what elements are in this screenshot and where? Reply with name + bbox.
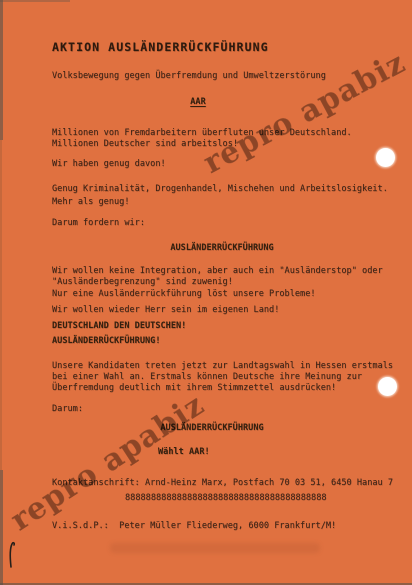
scan-edge-left-bottom [0, 470, 3, 585]
subtitle: Volksbewegung gegen Überfremdung und Umw… [52, 71, 326, 82]
own-land-line: Wir wollen wieder Herr sein im eigenen L… [52, 305, 279, 316]
scanned-leaflet-page: AKTION AUSLÄNDERRÜCKFÜHRUNG Volksbewegun… [0, 0, 412, 585]
enough-line: Wir haben genug davon! [52, 159, 166, 170]
therefore-line: Darum: [52, 404, 83, 415]
problems-line-1: Genug Kriminalität, Drogenhandel, Mische… [52, 184, 388, 195]
vote-call: Wählt AAR! [158, 447, 210, 458]
scan-edge-top [0, 0, 70, 2]
scan-edge-left-mid [0, 140, 2, 470]
ink-bleedthrough-smudge [110, 543, 320, 553]
solution-line: Nur eine Ausländerrückführung löst unser… [52, 289, 316, 300]
page-title: AKTION AUSLÄNDERRÜCKFÜHRUNG [52, 42, 269, 53]
hole-punch-bottom [378, 377, 397, 396]
archive-watermark-bottom: repro apabiz [4, 387, 210, 538]
election-line-1: Unsere Kandidaten treten jetzt zur Landt… [52, 361, 393, 372]
redacted-overstrike-line: 888888888888888888888888888888888888888 [125, 493, 327, 504]
problems-line-2: Mehr als genug! [52, 197, 130, 208]
imprint-line: V.i.S.d.P.: Peter Müller Fliederweg, 600… [52, 521, 336, 532]
integration-line-2: "Ausländerbegrenzung" sind zuwenig! [52, 277, 233, 288]
pen-mark [5, 540, 21, 570]
closing-heading: AUSLÄNDERRÜCKFÜHRUNG [6, 423, 412, 434]
scan-edge-left-top [0, 0, 3, 140]
slogan-2: AUSLÄNDERRÜCKFÜHRUNG! [52, 336, 161, 347]
demand-heading: AUSLÄNDERRÜCKFÜHRUNG [16, 243, 412, 254]
slogan-1: DEUTSCHLAND DEN DEUTSCHEN! [52, 321, 186, 332]
hole-punch-top [376, 148, 395, 167]
integration-line-1: Wir wollen keine Integration, aber auch … [52, 266, 383, 277]
election-line-2: bei einer Wahl an. Erstmals können Deuts… [52, 372, 362, 383]
demand-intro: Darum fordern wir: [52, 218, 145, 229]
